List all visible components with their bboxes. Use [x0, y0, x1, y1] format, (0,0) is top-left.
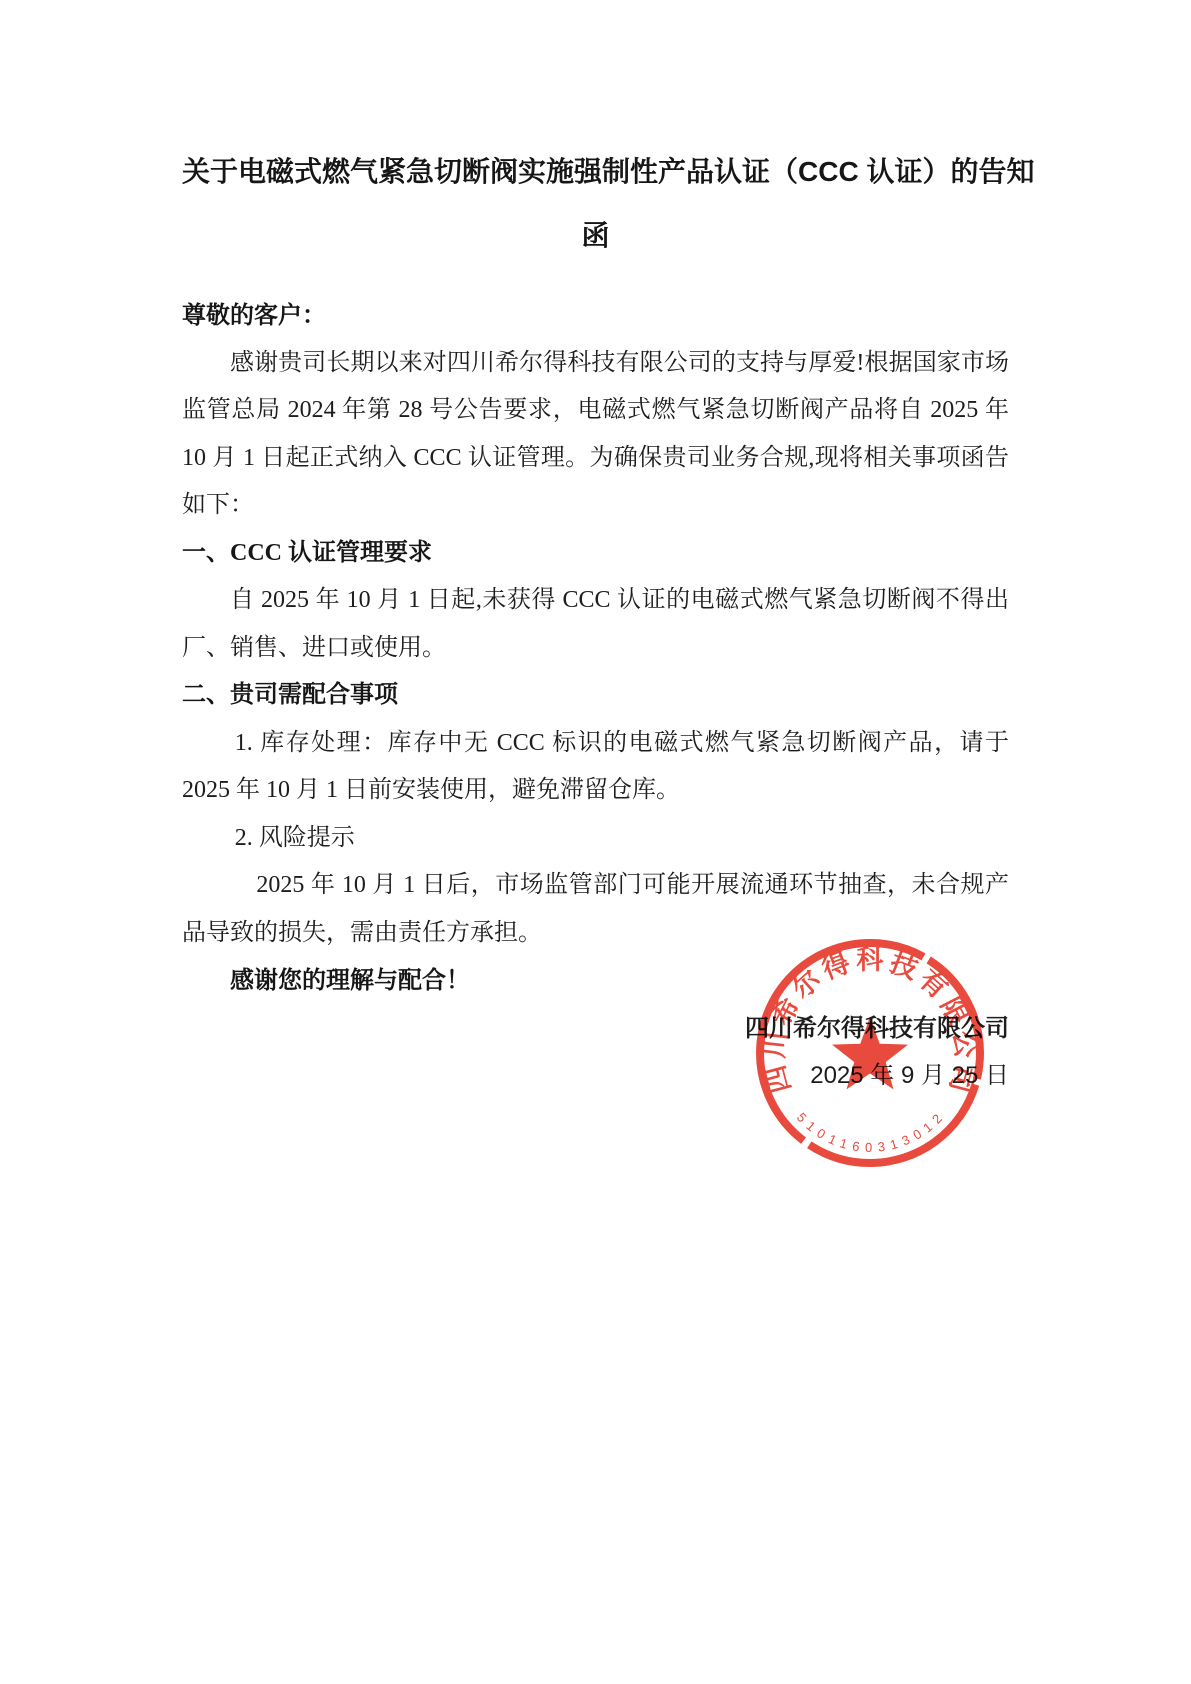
section-2-heading: 二、贵司需配合事项 [182, 672, 1009, 720]
section-1-paragraph: 自 2025 年 10 月 1 日起,未获得 CCC 认证的电磁式燃气紧急切断阀… [182, 577, 1009, 672]
title-line-1: 关于电磁式燃气紧急切断阀实施强制性产品认证（CCC 认证）的告知 [182, 140, 1009, 204]
item-2-risk-paragraph: 2025 年 10 月 1 日后，市场监管部门可能开展流通环节抽查，未合规产品导… [182, 862, 1009, 957]
item-1-inventory: 1. 库存处理：库存中无 CCC 标识的电磁式燃气紧急切断阀产品，请于 2025… [182, 720, 1009, 815]
document-title: 关于电磁式燃气紧急切断阀实施强制性产品认证（CCC 认证）的告知 函 [182, 140, 1009, 268]
seal-serial-arc-text: 5101160313012 [794, 1110, 946, 1155]
signature-company: 四川希尔得科技有限公司 [182, 1005, 1009, 1053]
title-line-2: 函 [182, 204, 1009, 268]
salutation: 尊敬的客户： [182, 292, 1009, 340]
signature-block: 四川希尔得科技有限公司 2025 年 9 月 25 日 [182, 1005, 1009, 1100]
closing-thanks: 感谢您的理解与配合！ [182, 957, 1009, 1005]
item-2-risk-heading: 2. 风险提示 [182, 815, 1009, 863]
section-1-heading: 一、CCC 认证管理要求 [182, 530, 1009, 578]
letter-content: 关于电磁式燃气紧急切断阀实施强制性产品认证（CCC 认证）的告知 函 尊敬的客户… [0, 0, 1191, 1100]
seal-serial-arc-textpath: 5101160313012 [794, 1110, 946, 1155]
signature-date: 2025 年 9 月 25 日 [182, 1052, 1009, 1100]
notice-letter-page: 关于电磁式燃气紧急切断阀实施强制性产品认证（CCC 认证）的告知 函 尊敬的客户… [0, 0, 1191, 1684]
intro-paragraph: 感谢贵司长期以来对四川希尔得科技有限公司的支持与厚爱!根据国家市场监管总局 20… [182, 340, 1009, 530]
